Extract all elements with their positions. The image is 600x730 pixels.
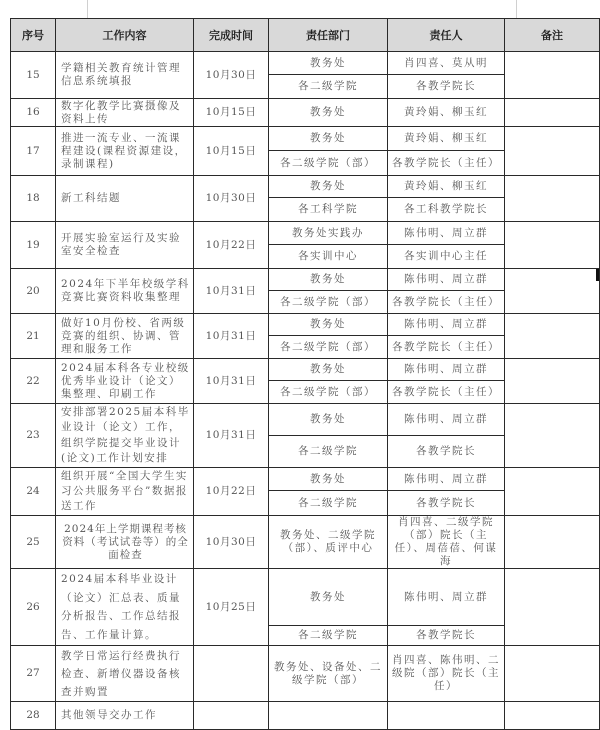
remarks-cell[interactable] <box>505 52 600 99</box>
content-cell[interactable]: 新工科结题 <box>56 176 194 222</box>
person-cell[interactable]: 各教学院长 <box>388 436 505 468</box>
seq-cell: 24 <box>11 468 56 516</box>
department-cell[interactable]: 各二级学院（部） <box>269 151 388 176</box>
department-cell[interactable]: 教务处 <box>269 269 388 291</box>
person-cell[interactable]: 陈伟明、周立群 <box>388 314 505 336</box>
department-cell[interactable]: 各工科学院 <box>269 198 388 222</box>
remarks-cell[interactable] <box>505 314 600 359</box>
department-cell[interactable]: 教务处 <box>269 569 388 626</box>
table-row: 23 安排部署2025届本科毕业设计（论文）工作，组织学院提交毕业设计(论文)工… <box>11 404 600 436</box>
content-cell[interactable]: 2024届本科毕业设计（论文）汇总表、质量分析报告、工作总结报告、工作量计算。 <box>56 569 194 646</box>
header-content: 工作内容 <box>56 19 194 52</box>
person-cell[interactable]: 各教学院长（主任） <box>388 151 505 176</box>
department-cell[interactable]: 各二级学院 <box>269 626 388 646</box>
person-cell[interactable]: 各教学院长（主任） <box>388 336 505 359</box>
table-row: 25 2024年上学期课程考核资料（考试试卷等）的全面检查 10月30日 教务处… <box>11 516 600 569</box>
deadline-cell[interactable]: 10月15日 <box>194 127 269 176</box>
person-cell[interactable]: 黄玲娟、柳玉红 <box>388 176 505 198</box>
table-row: 27 教学日常运行经费执行检查、新增仪器设备核查并购置 教务处、设备处、二级学院… <box>11 646 600 702</box>
content-cell[interactable]: 教学日常运行经费执行检查、新增仪器设备核查并购置 <box>56 646 194 702</box>
table-row: 19 开展实验室运行及实验室安全检查 10月22日 教务处实践办 陈伟明、周立群 <box>11 222 600 245</box>
person-cell[interactable]: 陈伟明、周立群 <box>388 569 505 626</box>
person-cell[interactable]: 各教学院长（主任） <box>388 291 505 314</box>
person-cell[interactable]: 各教学院长 <box>388 75 505 99</box>
person-cell[interactable]: 各实训中心主任 <box>388 245 505 269</box>
deadline-cell[interactable]: 10月30日 <box>194 516 269 569</box>
seq-cell: 27 <box>11 646 56 702</box>
deadline-cell[interactable]: 10月31日 <box>194 269 269 314</box>
deadline-cell[interactable] <box>194 702 269 730</box>
department-cell[interactable]: 各二级学院 <box>269 75 388 99</box>
person-cell[interactable]: 陈伟明、周立群 <box>388 269 505 291</box>
header-deadline: 完成时间 <box>194 19 269 52</box>
table-row: 22 2024届本科各专业校级优秀毕业设计（论文）集整理、印刷工作 10月31日… <box>11 359 600 381</box>
deadline-cell[interactable]: 10月15日 <box>194 99 269 127</box>
header-person: 责任人 <box>388 19 505 52</box>
content-cell[interactable]: 学籍相关教育统计管理信息系统填报 <box>56 52 194 99</box>
content-cell[interactable]: 2024年下半年校级学科竞赛比赛资料收集整理 <box>56 269 194 314</box>
department-cell[interactable]: 各二级学院 <box>269 436 388 468</box>
seq-cell: 23 <box>11 404 56 468</box>
deadline-cell[interactable]: 10月22日 <box>194 222 269 269</box>
department-cell[interactable]: 教务处 <box>269 314 388 336</box>
header-remarks: 备注 <box>505 19 600 52</box>
department-cell[interactable]: 各实训中心 <box>269 245 388 269</box>
person-cell[interactable]: 各教学院长 <box>388 626 505 646</box>
remarks-cell[interactable] <box>505 127 600 176</box>
seq-cell: 16 <box>11 99 56 127</box>
department-cell[interactable] <box>269 702 388 730</box>
seq-cell: 17 <box>11 127 56 176</box>
person-cell[interactable]: 陈伟明、周立群 <box>388 359 505 381</box>
seq-cell: 20 <box>11 269 56 314</box>
person-cell[interactable] <box>388 702 505 730</box>
department-cell[interactable]: 教务处 <box>269 404 388 436</box>
remarks-cell[interactable] <box>505 269 600 314</box>
table-row: 18 新工科结题 10月30日 教务处 黄玲娟、柳玉红 <box>11 176 600 198</box>
department-cell[interactable]: 各二级学院（部） <box>269 336 388 359</box>
deadline-cell[interactable]: 10月30日 <box>194 52 269 99</box>
person-cell[interactable]: 各教学院长（主任） <box>388 381 505 404</box>
content-cell[interactable]: 推进一流专业、一流课程建设(课程资源建设，录制课程) <box>56 127 194 176</box>
seq-cell: 21 <box>11 314 56 359</box>
department-cell[interactable]: 教务处 <box>269 99 388 127</box>
table-row: 17 推进一流专业、一流课程建设(课程资源建设，录制课程) 10月15日 教务处… <box>11 127 600 151</box>
person-cell[interactable]: 肖四喜、陈伟明、二级院（部）院长（主任） <box>388 646 505 702</box>
person-cell[interactable]: 各工科教学院长 <box>388 198 505 222</box>
header-department: 责任部门 <box>269 19 388 52</box>
person-cell[interactable]: 肖四喜、莫从明 <box>388 52 505 75</box>
header-seq: 序号 <box>11 19 56 52</box>
remarks-cell[interactable] <box>505 359 600 404</box>
header-row: 序号 工作内容 完成时间 责任部门 责任人 备注 <box>11 19 600 52</box>
table-row: 15 学籍相关教育统计管理信息系统填报 10月30日 教务处 肖四喜、莫从明 <box>11 52 600 75</box>
remarks-cell[interactable] <box>505 468 600 516</box>
department-cell[interactable]: 各二级学院（部） <box>269 291 388 314</box>
department-cell[interactable]: 教务处、二级学院（部）、质评中心 <box>269 516 388 569</box>
work-schedule-table: 序号 工作内容 完成时间 责任部门 责任人 备注 15 学籍相关教育统计管理信息… <box>10 18 600 730</box>
remarks-cell[interactable] <box>505 99 600 127</box>
content-cell[interactable]: 数字化教学比赛摄像及资料上传 <box>56 99 194 127</box>
deadline-cell[interactable]: 10月25日 <box>194 569 269 646</box>
seq-cell: 26 <box>11 569 56 646</box>
department-cell[interactable]: 教务处 <box>269 176 388 198</box>
department-cell[interactable]: 教务处 <box>269 127 388 151</box>
deadline-cell[interactable]: 10月22日 <box>194 468 269 516</box>
remarks-cell[interactable] <box>505 646 600 702</box>
deadline-cell[interactable] <box>194 646 269 702</box>
person-cell[interactable]: 黄玲娟、柳玉红 <box>388 127 505 151</box>
remarks-cell[interactable] <box>505 176 600 222</box>
remarks-cell[interactable] <box>505 702 600 730</box>
seq-cell: 15 <box>11 52 56 99</box>
deadline-cell[interactable]: 10月31日 <box>194 359 269 404</box>
content-cell[interactable]: 其他领导交办工作 <box>56 702 194 730</box>
seq-cell: 18 <box>11 176 56 222</box>
department-cell[interactable]: 教务处实践办 <box>269 222 388 245</box>
department-cell[interactable]: 教务处 <box>269 52 388 75</box>
person-cell[interactable]: 各教学院长 <box>388 491 505 516</box>
deadline-cell[interactable]: 10月31日 <box>194 404 269 468</box>
page-guide-line-left <box>87 0 88 18</box>
page-guide-line-right <box>516 0 517 18</box>
seq-cell: 19 <box>11 222 56 269</box>
person-cell[interactable]: 陈伟明、周立群 <box>388 468 505 491</box>
department-cell[interactable]: 各二级学院（部） <box>269 381 388 404</box>
department-cell[interactable]: 各二级学院 <box>269 491 388 516</box>
table-row: 20 2024年下半年校级学科竞赛比赛资料收集整理 10月31日 教务处 陈伟明… <box>11 269 600 291</box>
table-row: 24 组织开展“全国大学生实习公共服务平台”数据报送工作 10月22日 教务处 … <box>11 468 600 491</box>
person-cell[interactable]: 陈伟明、周立群 <box>388 404 505 436</box>
content-cell[interactable]: 2024年上学期课程考核资料（考试试卷等）的全面检查 <box>56 516 194 569</box>
content-cell[interactable]: 安排部署2025届本科毕业设计（论文）工作，组织学院提交毕业设计(论文)工作计划… <box>56 404 194 468</box>
person-cell[interactable]: 黄玲娟、柳玉红 <box>388 99 505 127</box>
table-row: 21 做好10月份校、省两级竞赛的组织、协调、管理和服务工作 10月31日 教务… <box>11 314 600 336</box>
remarks-cell[interactable] <box>505 516 600 569</box>
content-cell[interactable]: 开展实验室运行及实验室安全检查 <box>56 222 194 269</box>
remarks-cell[interactable] <box>505 222 600 269</box>
person-cell[interactable]: 肖四喜、二级学院（部）院长（主任）、周蓓蓓、何谋海 <box>388 516 505 569</box>
department-cell[interactable]: 教务处 <box>269 468 388 491</box>
department-cell[interactable]: 教务处、设备处、二级学院（部） <box>269 646 388 702</box>
table-row: 28 其他领导交办工作 <box>11 702 600 730</box>
seq-cell: 22 <box>11 359 56 404</box>
table-row: 26 2024届本科毕业设计（论文）汇总表、质量分析报告、工作总结报告、工作量计… <box>11 569 600 626</box>
remarks-cell[interactable] <box>505 569 600 646</box>
deadline-cell[interactable]: 10月31日 <box>194 314 269 359</box>
department-cell[interactable]: 教务处 <box>269 359 388 381</box>
seq-cell: 25 <box>11 516 56 569</box>
content-cell[interactable]: 组织开展“全国大学生实习公共服务平台”数据报送工作 <box>56 468 194 516</box>
content-cell[interactable]: 2024届本科各专业校级优秀毕业设计（论文）集整理、印刷工作 <box>56 359 194 404</box>
remarks-cell[interactable] <box>505 404 600 468</box>
person-cell[interactable]: 陈伟明、周立群 <box>388 222 505 245</box>
deadline-cell[interactable]: 10月30日 <box>194 176 269 222</box>
seq-cell: 28 <box>11 702 56 730</box>
content-cell[interactable]: 做好10月份校、省两级竞赛的组织、协调、管理和服务工作 <box>56 314 194 359</box>
table-row: 16 数字化教学比赛摄像及资料上传 10月15日 教务处 黄玲娟、柳玉红 <box>11 99 600 127</box>
